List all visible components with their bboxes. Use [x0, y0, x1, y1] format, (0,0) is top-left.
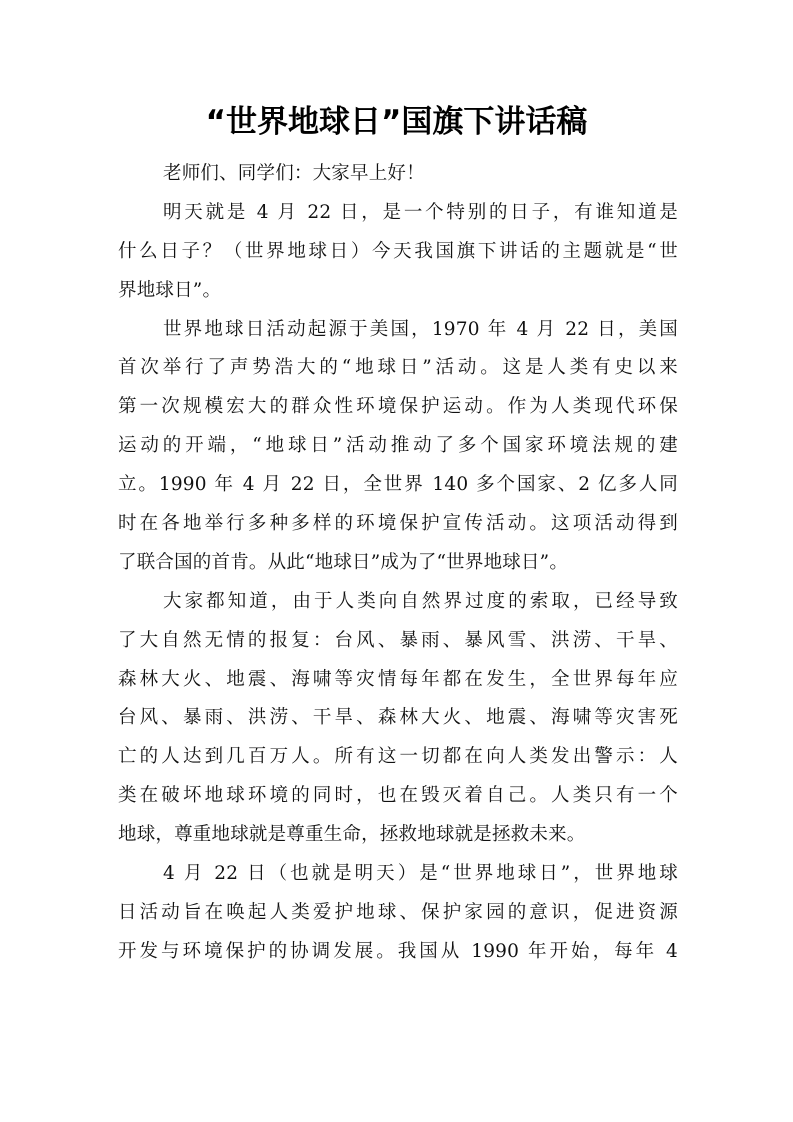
- text-line: 类在破坏地球环境的同时，也在毁灭着自己。人类只有一个: [118, 777, 678, 816]
- text-line: 森林大火、地震、海啸等灾情每年都在发生，全世界每年应: [118, 661, 678, 700]
- text-line: 界地球日”。: [118, 272, 678, 311]
- document-title: “世界地球日”国旗下讲话稿: [0, 96, 793, 141]
- text-line: 立。1990 年 4 月 22 日，全世界 140 多个国家、2 亿多人同: [118, 466, 678, 505]
- text-line: 了大自然无情的报复：台风、暴雨、暴风雪、洪涝、干旱、: [118, 622, 678, 661]
- text-line: 首次举行了声势浩大的“地球日”活动。这是人类有史以来: [118, 349, 678, 388]
- text-line: 大家都知道，由于人类向自然界过度的索取，已经导致: [118, 583, 678, 622]
- text-line: 什么日子？（世界地球日）今天我国旗下讲话的主题就是“世: [118, 233, 678, 272]
- text-line: 日活动旨在唤起人类爱护地球、保护家园的意识，促进资源: [118, 894, 678, 933]
- text-line: 亡的人达到几百万人。所有这一切都在向人类发出警示：人: [118, 738, 678, 777]
- text-line: 世界地球日活动起源于美国，1970 年 4 月 22 日，美国: [118, 311, 678, 350]
- text-line: 明天就是 4 月 22 日，是一个特别的日子，有谁知道是: [118, 194, 678, 233]
- text-line: 运动的开端，“地球日”活动推动了多个国家环境法规的建: [118, 427, 678, 466]
- text-line: 开发与环境保护的协调发展。我国从 1990 年开始，每年 4: [118, 933, 678, 972]
- text-line: 4 月 22 日（也就是明天）是“世界地球日”，世界地球: [118, 855, 678, 894]
- text-line: 了联合国的首肯。从此“地球日”成为了“世界地球日”。: [118, 544, 678, 583]
- document-page: “世界地球日”国旗下讲话稿 老师们、同学们：大家早上好！ 明天就是 4 月 22…: [0, 0, 793, 1122]
- text-line: 时在各地举行多种多样的环境保护宣传活动。这项活动得到: [118, 505, 678, 544]
- text-line: 老师们、同学们：大家早上好！: [118, 155, 678, 194]
- text-line: 台风、暴雨、洪涝、干旱、森林大火、地震、海啸等灾害死: [118, 699, 678, 738]
- text-line: 第一次规模宏大的群众性环境保护运动。作为人类现代环保: [118, 388, 678, 427]
- document-body: 老师们、同学们：大家早上好！ 明天就是 4 月 22 日，是一个特别的日子，有谁…: [118, 155, 678, 972]
- text-line: 地球，尊重地球就是尊重生命，拯救地球就是拯救未来。: [118, 816, 678, 855]
